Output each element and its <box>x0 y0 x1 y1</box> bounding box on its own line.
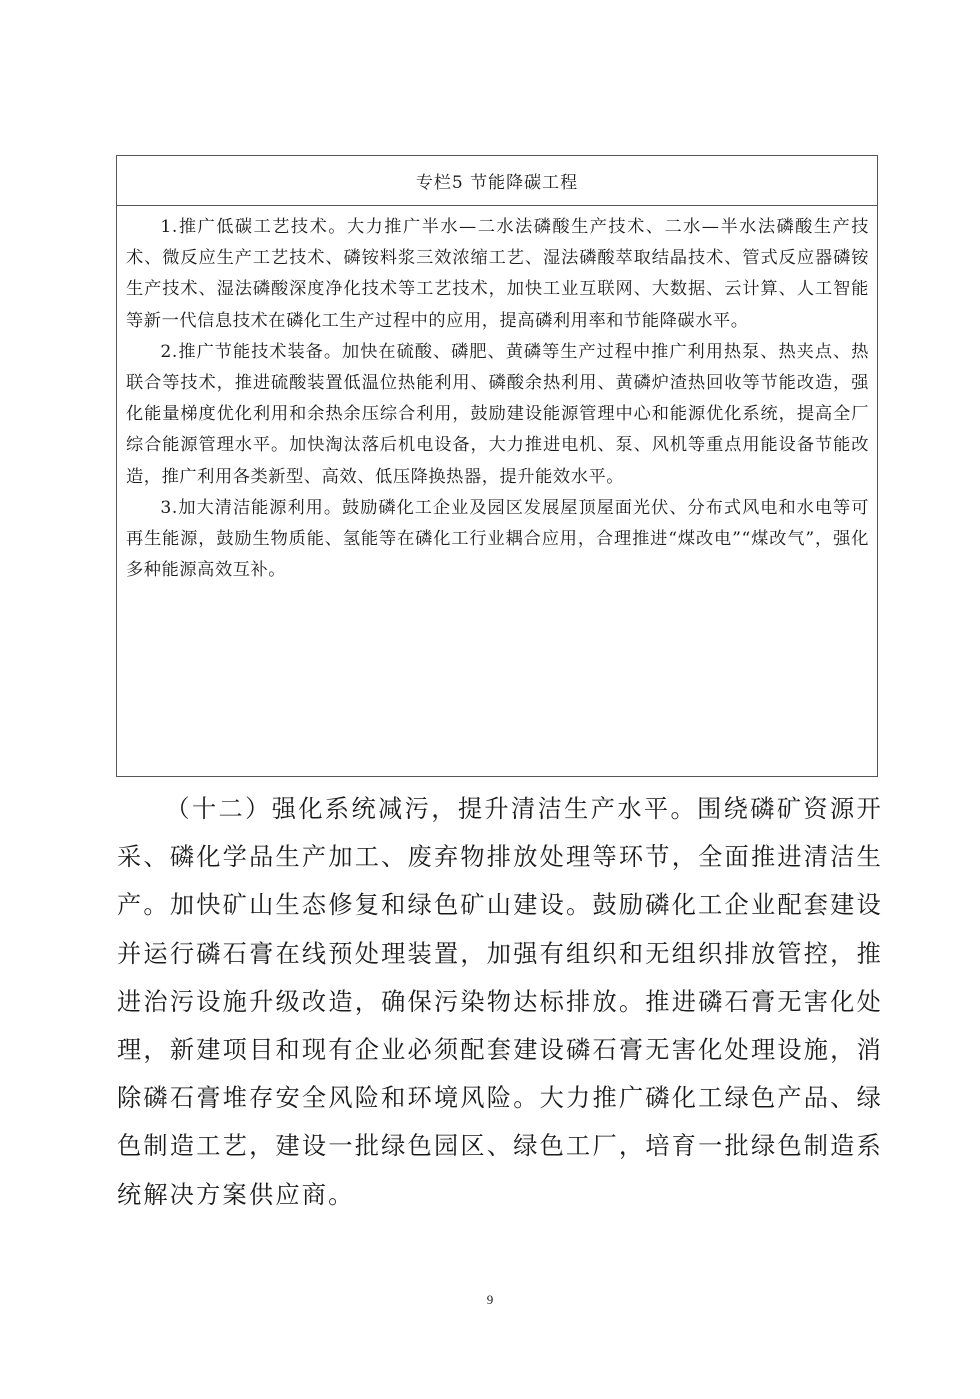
body-paragraph-pollution-reduction: （十二）强化系统减污，提升清洁生产水平。围绕磷矿资源开采、磷化学品生产加工、废弃… <box>117 785 883 1219</box>
box-paragraph-energy-saving-equipment: 2.推广节能技术装备。加快在硫酸、磷肥、黄磷等生产过程中推广利用热泵、热夹点、热… <box>126 337 869 493</box>
feature-box-energy-saving: 专栏5 节能降碳工程 1.推广低碳工艺技术。大力推广半水—二水法磷酸生产技术、二… <box>116 155 878 777</box>
page-number: 9 <box>0 1292 980 1308</box>
main-text: （十二）强化系统减污，提升清洁生产水平。围绕磷矿资源开采、磷化学品生产加工、废弃… <box>117 785 883 1219</box>
box-paragraph-low-carbon-tech: 1.推广低碳工艺技术。大力推广半水—二水法磷酸生产技术、二水—半水法磷酸生产技术… <box>126 212 869 337</box>
box-paragraph-clean-energy: 3.加大清洁能源利用。鼓励磷化工企业及园区发展屋顶屋面光伏、分布式风电和水电等可… <box>126 493 869 587</box>
feature-box-title: 专栏5 节能降碳工程 <box>117 156 877 206</box>
feature-box-body: 1.推广低碳工艺技术。大力推广半水—二水法磷酸生产技术、二水—半水法磷酸生产技术… <box>117 206 877 586</box>
